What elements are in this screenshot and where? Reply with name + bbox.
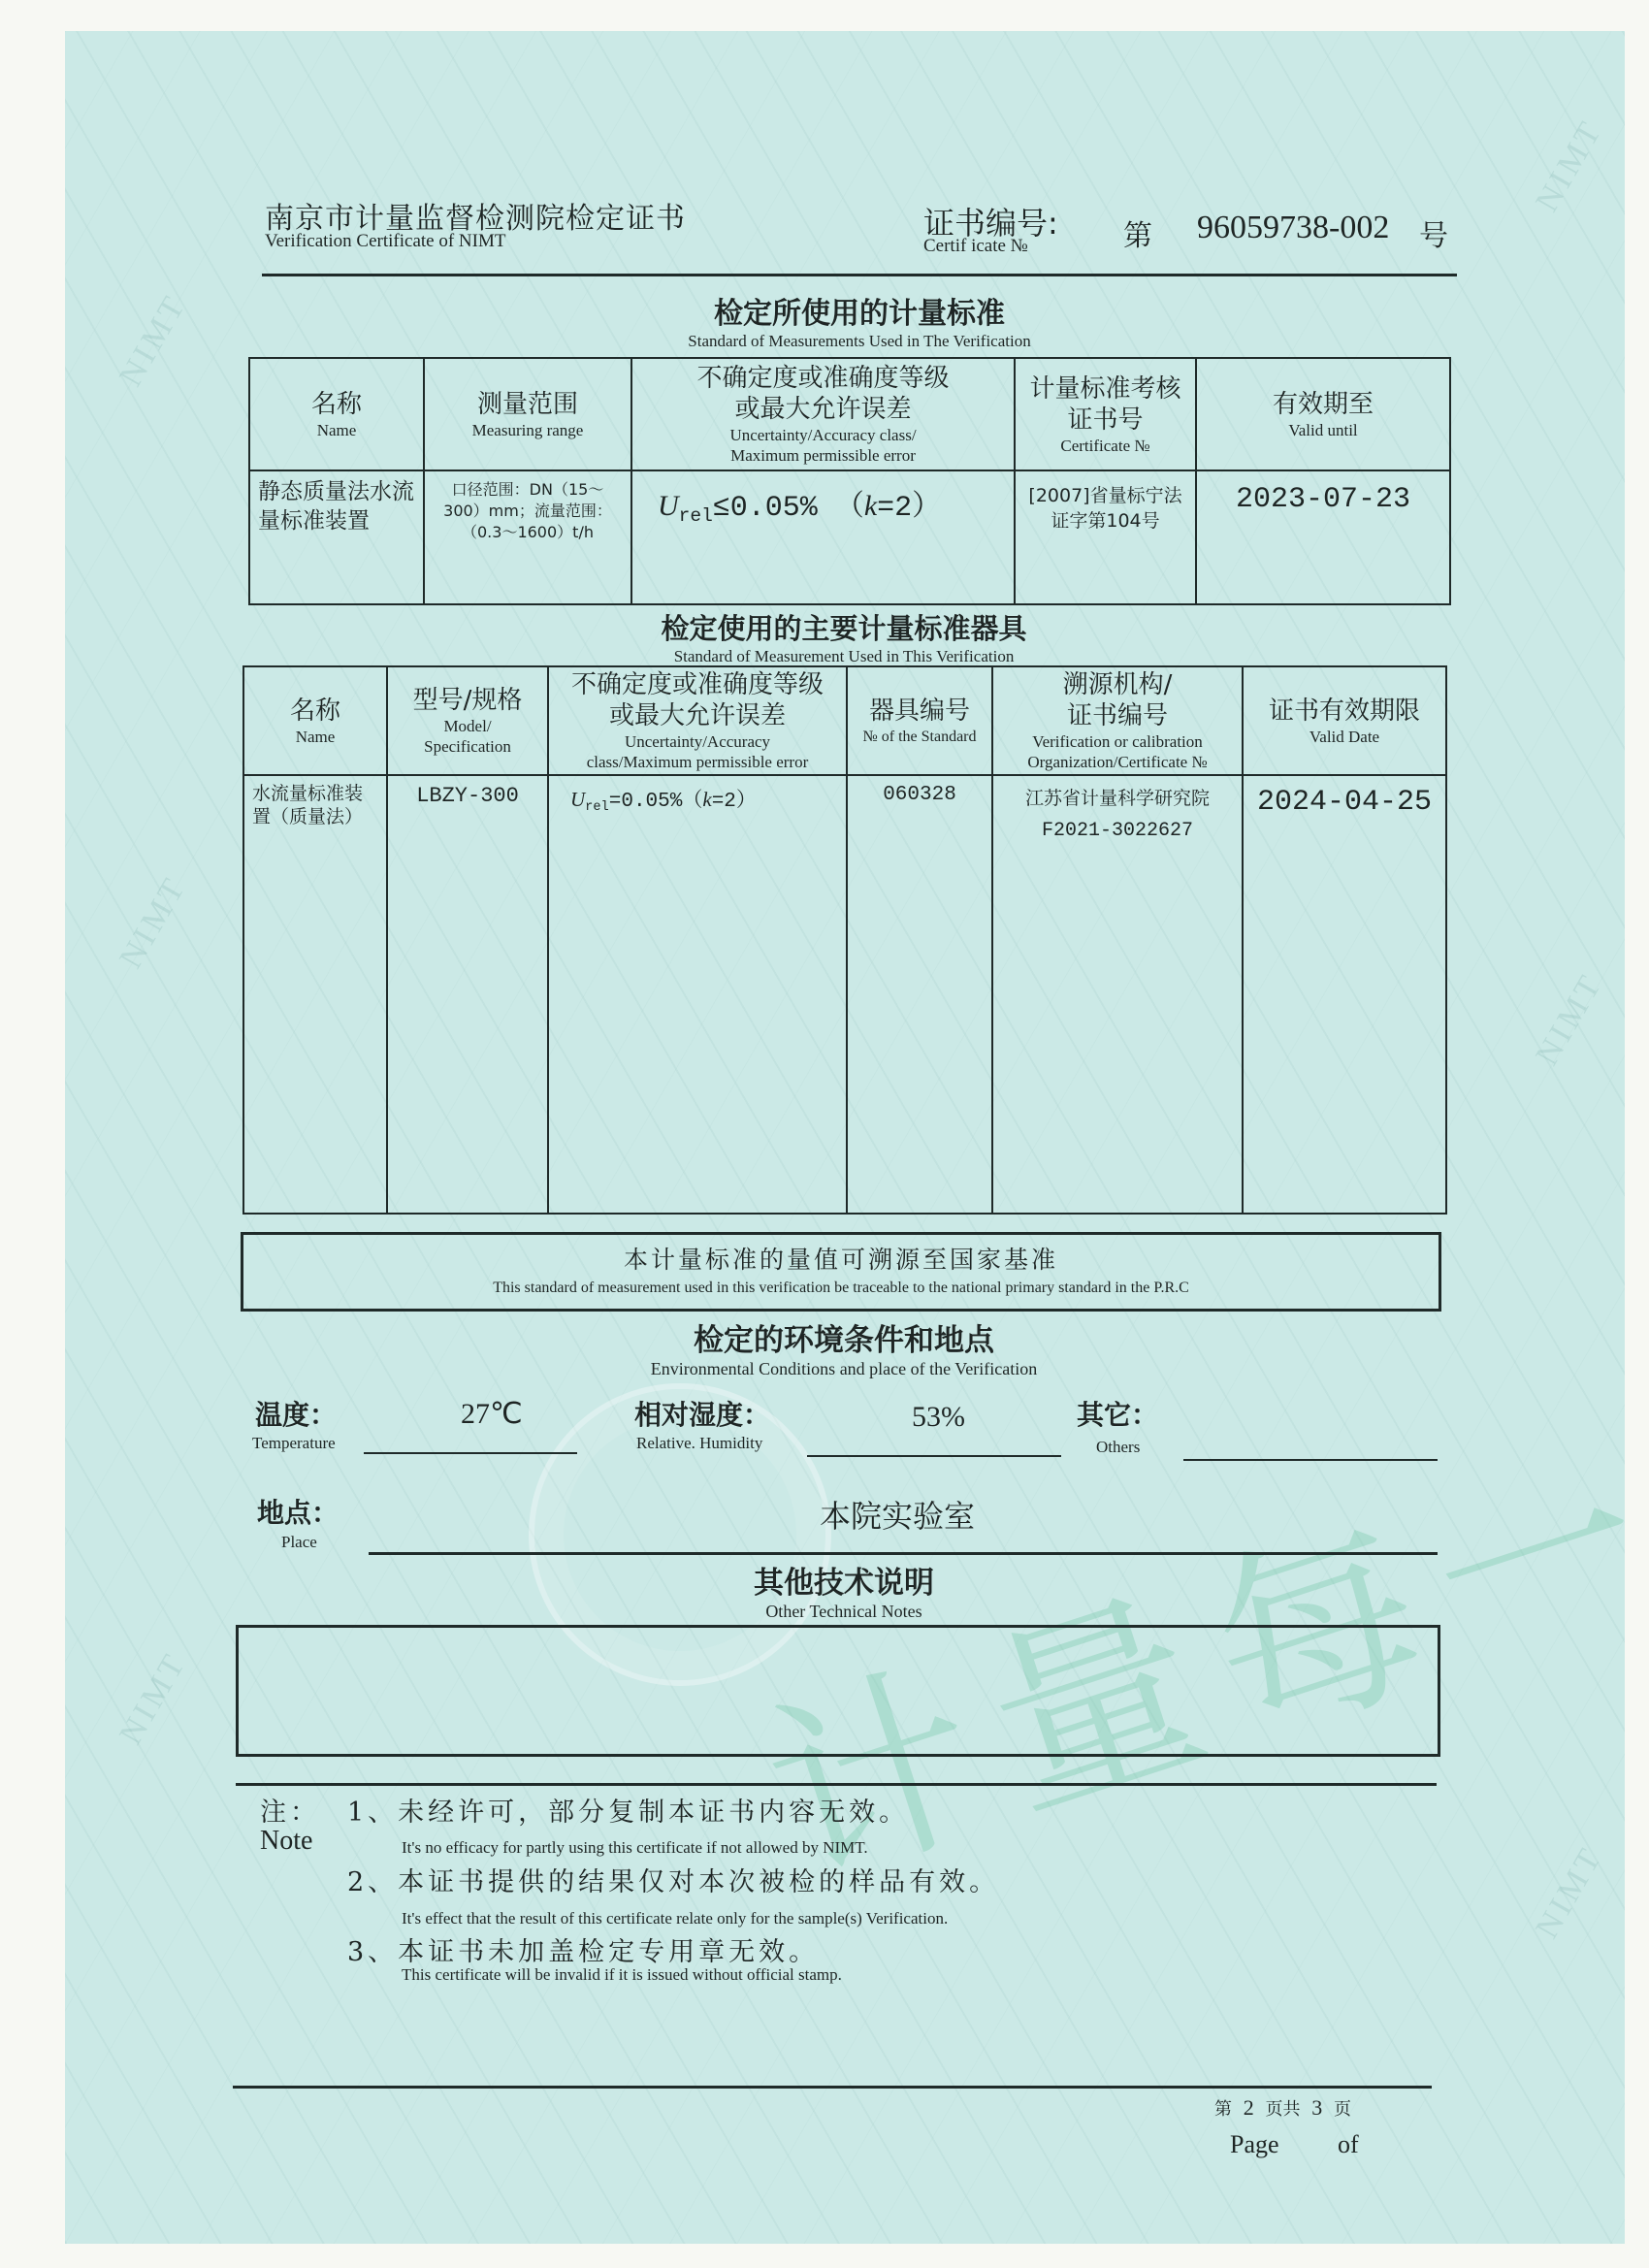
col-name: 名称 Name bbox=[243, 666, 387, 775]
note-item-1-en: It's no efficacy for partly using this c… bbox=[402, 1838, 868, 1858]
page-number-zh: 第 2 页共 3 页 bbox=[1214, 2095, 1351, 2121]
note-item-1: 1、未经许可，部分复制本证书内容无效。 bbox=[347, 1791, 909, 1829]
place-underline bbox=[369, 1552, 1438, 1555]
technical-notes-heading: 其他技术说明 Other Technical Notes bbox=[242, 1558, 1445, 1622]
nimt-watermark: NIMT bbox=[1529, 1840, 1610, 1945]
col-valid-until: 有效期至 Valid until bbox=[1196, 358, 1450, 470]
standards-section-subtitle: Standard of Measurements Used in The Ver… bbox=[262, 332, 1457, 351]
temperature-value: 27℃ bbox=[461, 1397, 523, 1431]
note-item-2: 2、本证书提供的结果仅对本次被检的样品有效。 bbox=[347, 1861, 999, 1898]
note-item-3-en: This certificate will be invalid if it i… bbox=[402, 1965, 842, 1985]
nimt-watermark: NIMT bbox=[113, 288, 194, 393]
nimt-watermark: NIMT bbox=[113, 870, 194, 975]
footer-rule bbox=[233, 2086, 1432, 2089]
technical-notes-box bbox=[236, 1625, 1440, 1757]
humidity-underline bbox=[807, 1455, 1061, 1457]
page-total: 3 bbox=[1311, 2095, 1322, 2120]
technical-notes-subtitle: Other Technical Notes bbox=[242, 1602, 1445, 1622]
table-row: 静态质量法水流量标准装置 口径范围：DN（15～300）mm；流量范围：（0.3… bbox=[249, 470, 1450, 604]
certificate-suffix: 号 bbox=[1419, 211, 1448, 254]
environment-section-title: 检定的环境条件和地点 bbox=[242, 1315, 1445, 1359]
standards-section-title: 检定所使用的计量标准 bbox=[262, 289, 1457, 332]
note-label: 注： bbox=[260, 1791, 320, 1829]
nimt-watermark: NIMT bbox=[1529, 967, 1610, 1072]
instruments-table: 名称 Name 型号/规格 Model/ Specification 不确定度或… bbox=[242, 665, 1447, 1215]
place-value: 本院实验室 bbox=[820, 1492, 975, 1537]
header-rule bbox=[262, 274, 1457, 276]
cell-range: 口径范围：DN（15～300）mm；流量范围：（0.3～1600）t/h bbox=[424, 470, 631, 604]
cell-organization: 江苏省计量科学研究院 F2021-3022627 bbox=[992, 775, 1243, 1214]
col-certificate: 计量标准考核 证书号 Certificate № bbox=[1015, 358, 1196, 470]
temperature-underline bbox=[364, 1452, 577, 1454]
cell-certificate: [2007]省量标宁法证字第104号 bbox=[1015, 470, 1196, 604]
instruments-section-title: 检定使用的主要计量标准器具 bbox=[242, 607, 1445, 647]
instruments-table-header: 名称 Name 型号/规格 Model/ Specification 不确定度或… bbox=[243, 666, 1446, 775]
cell-name: 水流量标准装置（质量法） bbox=[243, 775, 387, 1214]
table-row: 水流量标准装置（质量法） LBZY-300 Urel=0.05%（k=2） 06… bbox=[243, 775, 1446, 1214]
note-item-2-en: It's effect that the result of this cert… bbox=[402, 1909, 948, 1928]
certificate-number: 96059738-002 bbox=[1197, 210, 1389, 246]
traceability-statement: 本计量标准的量值可溯源至国家基准 This standard of measur… bbox=[241, 1232, 1441, 1312]
certificate-number-label-en: Certif icate № bbox=[923, 236, 1028, 257]
of-label-en: of bbox=[1338, 2130, 1359, 2159]
note-item-3: 3、本证书未加盖检定专用章无效。 bbox=[347, 1930, 819, 1968]
nimt-watermark: NIMT bbox=[1529, 113, 1610, 218]
environment-section-subtitle: Environmental Conditions and place of th… bbox=[242, 1359, 1445, 1379]
col-uncertainty: 不确定度或准确度等级 或最大允许误差 Uncertainty/Accuracy … bbox=[631, 358, 1015, 470]
instruments-section-subtitle: Standard of Measurement Used in This Ver… bbox=[242, 647, 1445, 666]
others-label-en: Others bbox=[1096, 1438, 1140, 1457]
standards-table-header: 名称 Name 测量范围 Measuring range 不确定度或准确度等级 … bbox=[249, 358, 1450, 470]
cell-valid-until: 2023-07-23 bbox=[1196, 470, 1450, 604]
notes-rule bbox=[236, 1783, 1437, 1786]
col-organization: 溯源机构/ 证书编号 Verification or calibration O… bbox=[992, 666, 1243, 775]
environment-section-heading: 检定的环境条件和地点 Environmental Conditions and … bbox=[242, 1315, 1445, 1379]
page-label-en: Page bbox=[1230, 2130, 1279, 2159]
standards-section-heading: 检定所使用的计量标准 Standard of Measurements Used… bbox=[262, 289, 1457, 351]
col-uncertainty: 不确定度或准确度等级 或最大允许误差 Uncertainty/Accuracy … bbox=[548, 666, 847, 775]
cell-standard-number: 060328 bbox=[847, 775, 992, 1214]
humidity-label: 相对湿度： bbox=[634, 1394, 770, 1433]
certificate-prefix: 第 bbox=[1123, 211, 1152, 254]
humidity-value: 53% bbox=[912, 1401, 965, 1434]
col-model: 型号/规格 Model/ Specification bbox=[387, 666, 548, 775]
cell-name: 静态质量法水流量标准装置 bbox=[249, 470, 424, 604]
institute-subtitle: Verification Certificate of NIMT bbox=[265, 231, 505, 252]
page-current: 2 bbox=[1244, 2095, 1254, 2120]
standards-table: 名称 Name 测量范围 Measuring range 不确定度或准确度等级 … bbox=[248, 357, 1451, 605]
nimt-watermark: NIMT bbox=[113, 1646, 194, 1751]
col-measuring-range: 测量范围 Measuring range bbox=[424, 358, 631, 470]
others-underline bbox=[1183, 1459, 1438, 1461]
instruments-section-heading: 检定使用的主要计量标准器具 Standard of Measurement Us… bbox=[242, 607, 1445, 666]
col-valid-date: 证书有效期限 Valid Date bbox=[1243, 666, 1446, 775]
col-standard-number: 器具编号 № of the Standard bbox=[847, 666, 992, 775]
cell-model: LBZY-300 bbox=[387, 775, 548, 1214]
place-label: 地点： bbox=[257, 1492, 339, 1531]
col-name: 名称 Name bbox=[249, 358, 424, 470]
cell-uncertainty: Urel≤0.05% （k=2） bbox=[631, 470, 1015, 604]
humidity-label-en: Relative. Humidity bbox=[636, 1434, 762, 1453]
cell-valid-date: 2024-04-25 bbox=[1243, 775, 1446, 1214]
cell-uncertainty: Urel=0.05%（k=2） bbox=[548, 775, 847, 1214]
place-label-en: Place bbox=[281, 1533, 317, 1552]
others-label: 其它： bbox=[1077, 1394, 1158, 1433]
temperature-label-en: Temperature bbox=[252, 1434, 336, 1453]
technical-notes-title: 其他技术说明 bbox=[242, 1558, 1445, 1602]
temperature-label: 温度： bbox=[255, 1394, 337, 1433]
note-label-en: Note bbox=[260, 1826, 312, 1857]
